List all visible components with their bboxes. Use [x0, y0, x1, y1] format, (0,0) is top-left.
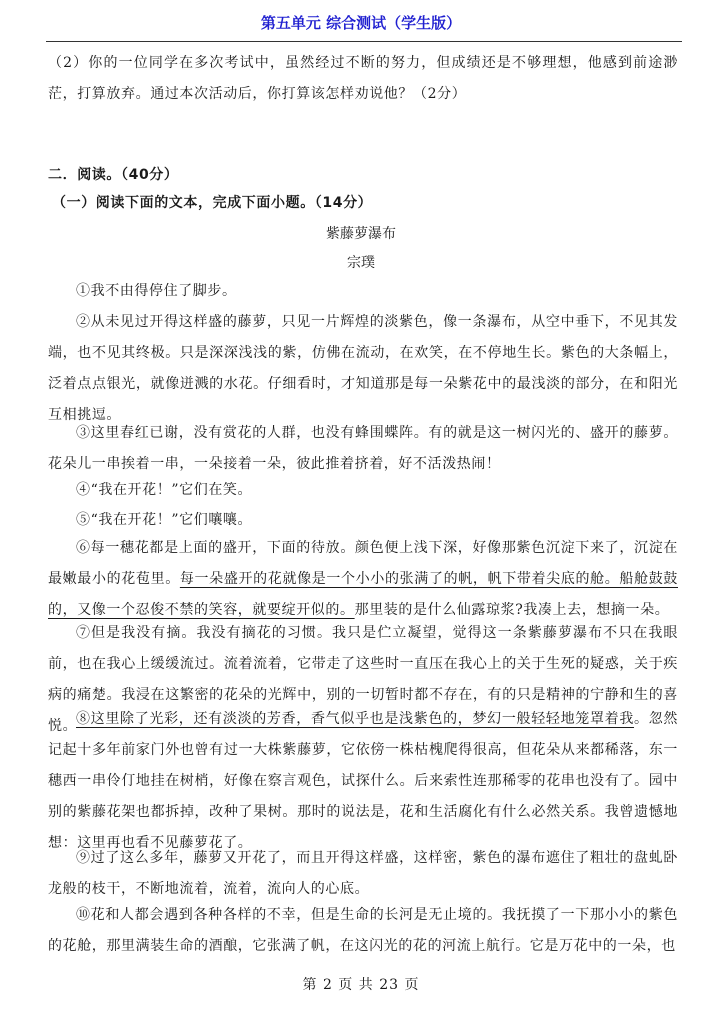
paragraph-8: ⑧这里除了光彩，还有淡淡的芳香，香气似乎也是浅紫色的，梦幻一般轻轻地笼罩着我。忽… — [48, 704, 678, 859]
article-author: 宗璞 — [0, 252, 722, 272]
article-title: 紫藤萝瀑布 — [0, 223, 722, 243]
paragraph-5: ⑤“我在开花！”它们嚷嚷。 — [48, 505, 678, 536]
header-divider — [46, 41, 682, 42]
section-heading: 二．阅读。（40分） — [48, 160, 678, 191]
paragraph-6: ⑥每一穗花都是上面的盛开，下面的待放。颜色便上浅下深，好像那紫色沉淀下来了，沉淀… — [48, 533, 678, 626]
paragraph-1: ①我不由得停住了脚步。 — [48, 276, 678, 307]
sub-section-heading: （一）阅读下面的文本，完成下面小题。（14分） — [52, 188, 682, 219]
paragraph-8-underlined-sentence: ⑧这里除了光彩，还有淡淡的芳香，香气似乎也是浅紫色的，梦幻一般轻轻地笼罩着我 — [76, 711, 634, 727]
page-header-title: 第五单元 综合测试（学生版） — [0, 12, 722, 33]
paragraph-6-text-b: 那里装的是什么仙露琼浆?我凑上去，想摘一朵。 — [355, 602, 670, 618]
paragraph-10: ⑩花和人都会遇到各种各样的不幸，但是生命的长河是无止境的。我抚摸了一下那小小的紫… — [48, 900, 678, 962]
paragraph-3: ③这里春红已谢，没有赏花的人群，也没有蜂围蝶阵。有的就是这一树闪光的、盛开的藤萝… — [48, 418, 678, 480]
paragraph-2: ②从未见过开得这样盛的藤萝，只见一片辉煌的淡紫色，像一条瀑布，从空中垂下，不见其… — [48, 307, 678, 431]
paragraph-9: ⑨过了这么多年，藤萝又开花了，而且开得这样盛，这样密，紫色的瀑布遮住了粗壮的盘虬… — [48, 843, 678, 905]
page-number: 第 2 页 共 23 页 — [0, 974, 722, 994]
question-2: （2）你的一位同学在多次考试中，虽然经过不断的努力，但成绩还是不够理想，他感到前… — [48, 48, 678, 110]
paragraph-8-text: 。忽然记起十多年前家门外也曾有过一大株紫藤萝，它依傍一株枯槐爬得很高，但花朵从来… — [48, 711, 678, 851]
paragraph-4: ④“我在开花！”它们在笑。 — [48, 475, 678, 506]
